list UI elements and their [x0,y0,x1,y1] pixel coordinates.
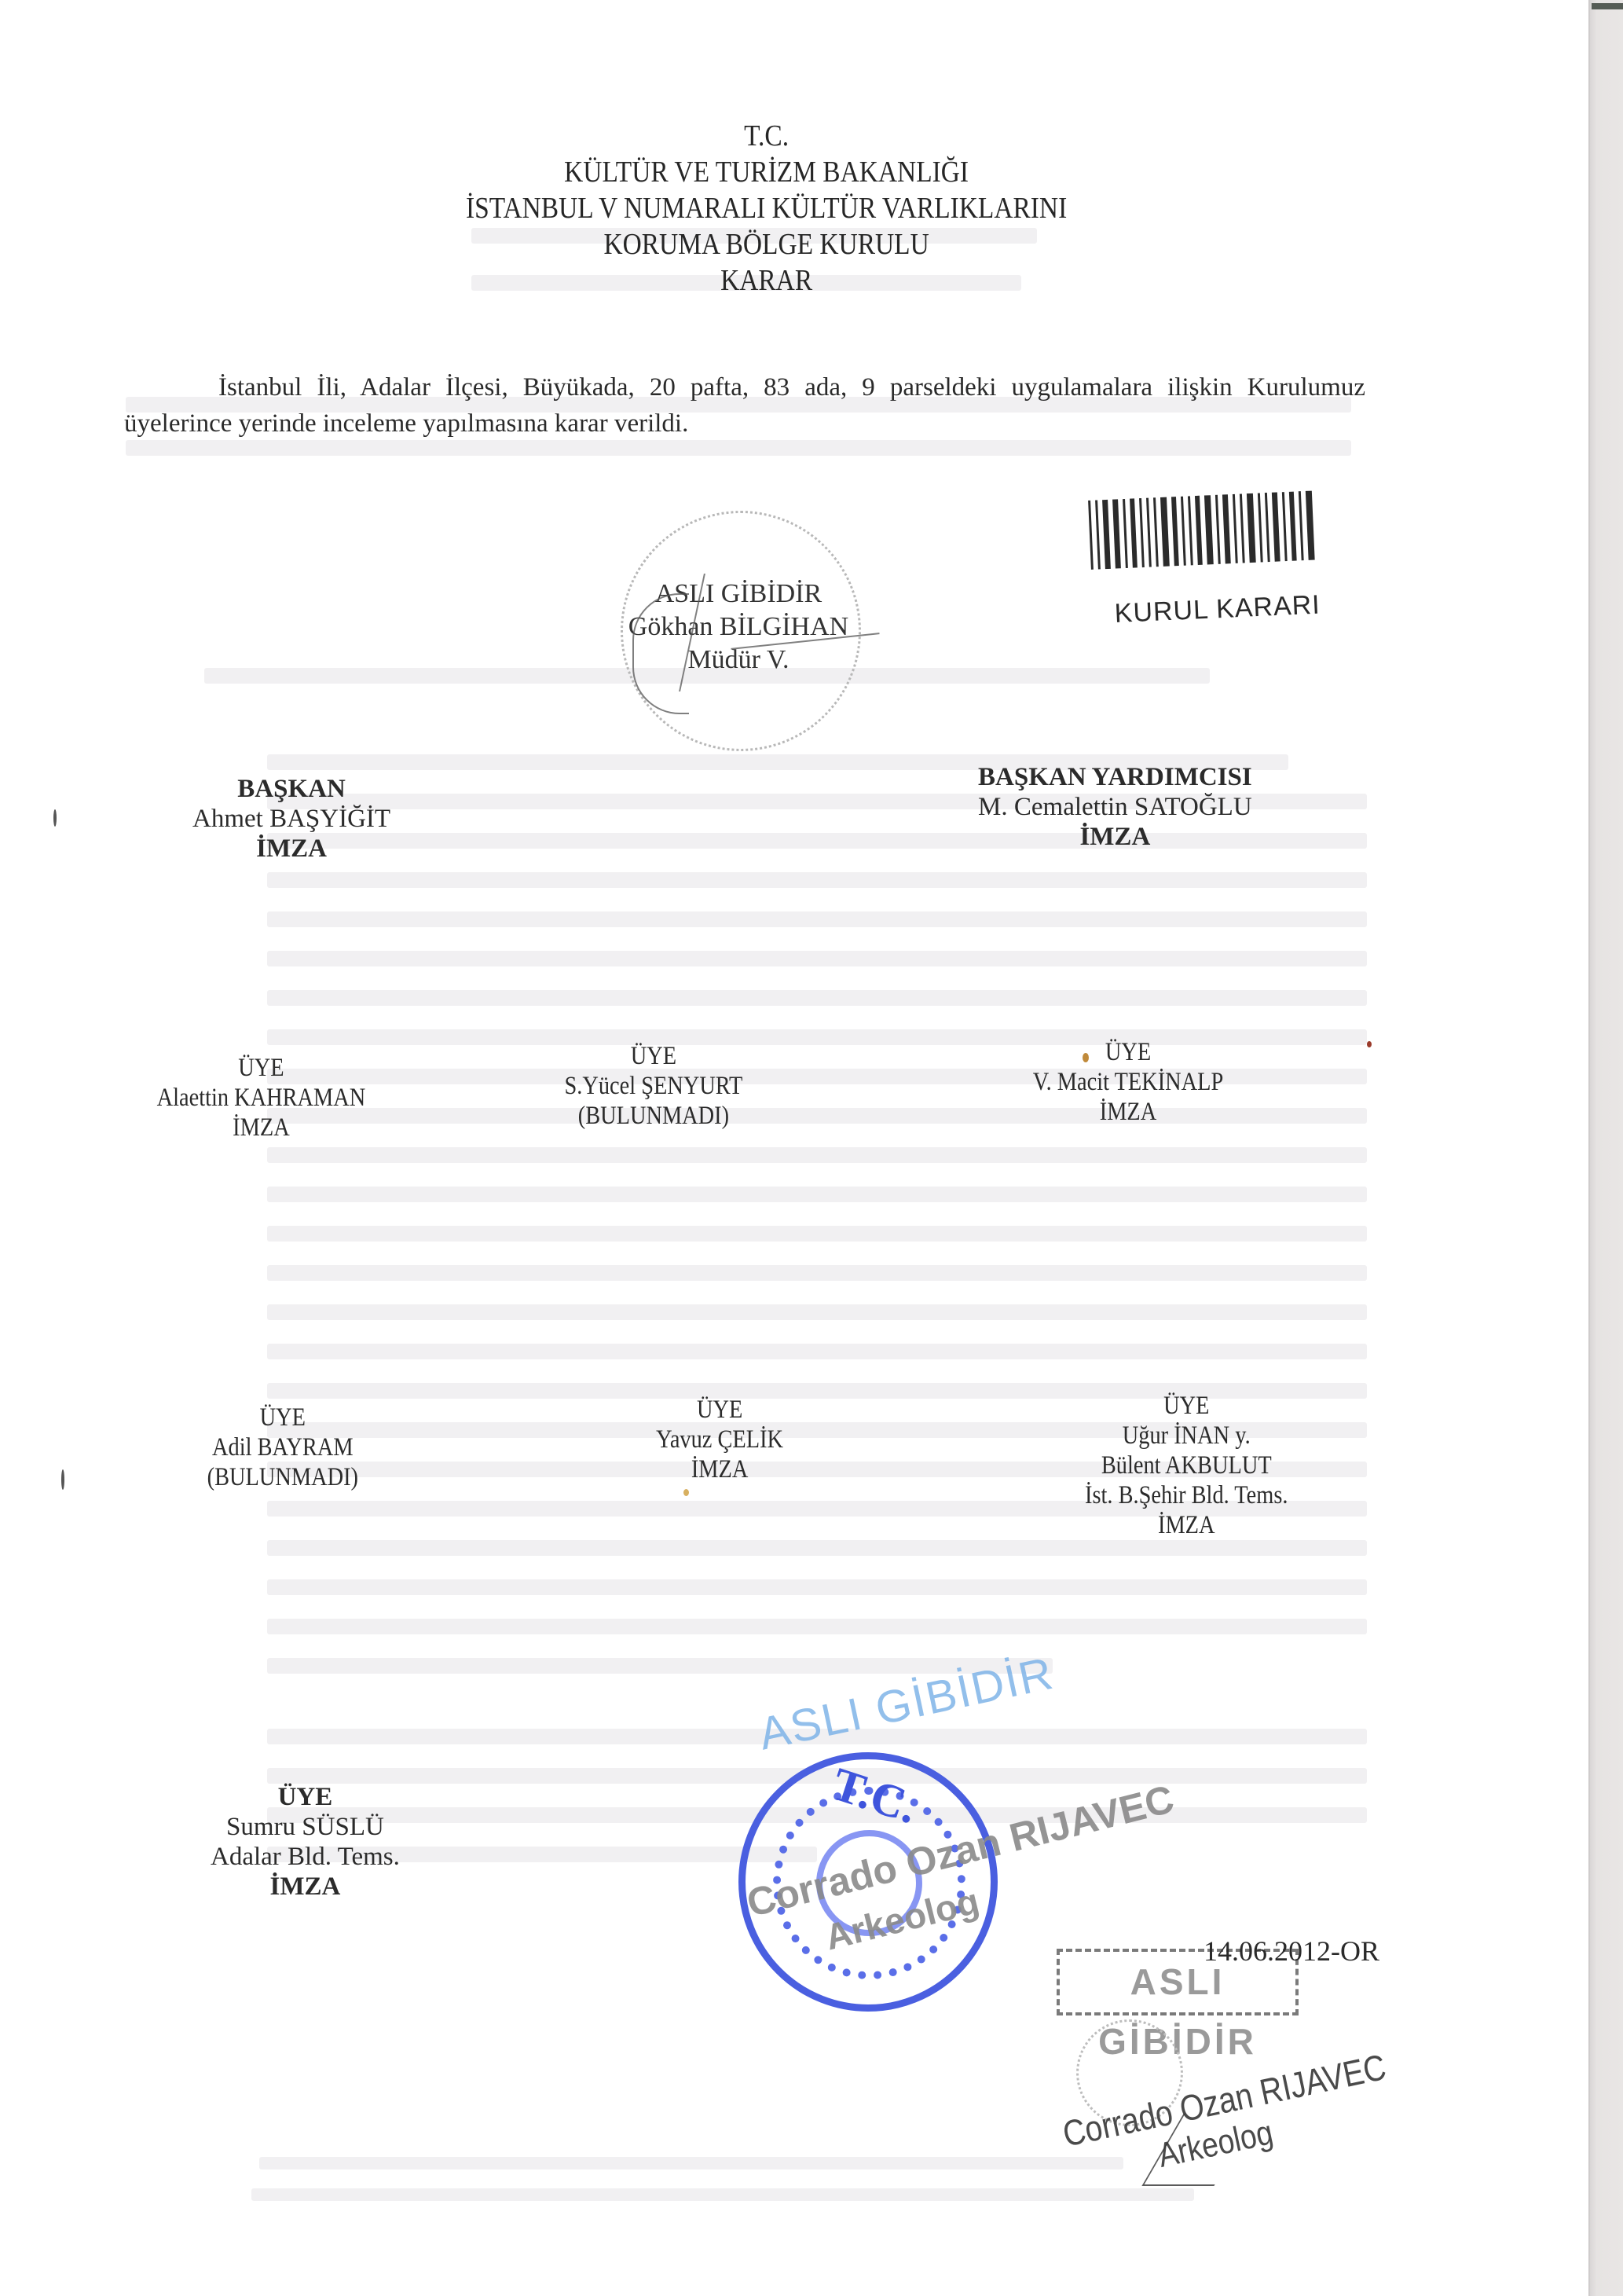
scanned-page-edge [1588,0,1623,2296]
signatory-role: BAŞKAN [192,774,390,804]
barcode-bar [1088,501,1094,570]
signatory-role: ÜYE [1085,1391,1288,1421]
signatory-status: (BULUNMADI) [564,1101,742,1131]
signatory-status: İMZA [1085,1510,1288,1540]
scan-speck [53,809,57,827]
signatory-member: ÜYE Yavuz ÇELİK İMZA [656,1395,783,1484]
barcode-bar [1139,498,1145,567]
decision-text: İstanbul İli, Adalar İlçesi, Büyükada, 2… [124,373,1365,438]
barcode-bar [1130,498,1138,567]
signatory-name: Uğur İNAN y. [1085,1421,1288,1451]
signatory-role: ÜYE [211,1782,400,1812]
signatory-role: ÜYE [656,1395,783,1425]
signatory-name: Alaettin KAHRAMAN [157,1083,366,1113]
signatory-name: S.Yücel ŞENYURT [564,1071,742,1101]
barcode-icon [1088,487,1366,570]
signatory-member: ÜYE Alaettin KAHRAMAN İMZA [157,1053,366,1142]
barcode-bar [1215,495,1221,564]
signatory-role: BAŞKAN YARDIMCISI [978,762,1252,792]
signatory-affiliation: İst. B.Şehir Bld. Tems. [1085,1480,1288,1510]
signatory-affiliation: Adalar Bld. Tems. [211,1842,400,1872]
barcode-bar [1265,493,1270,562]
decision-date-code: 14.06.2012-OR [1204,1935,1379,1968]
scan-speck [61,1469,64,1490]
signatory-role: ÜYE [1033,1037,1224,1067]
barcode-bar [1272,492,1280,561]
barcode-bar [1289,492,1297,561]
barcode-bar [1102,500,1111,569]
barcode-bar [1282,492,1288,561]
barcode-bar [1112,499,1121,568]
signatory-name: Sumru SÜSLÜ [211,1812,400,1842]
decision-paragraph: İstanbul İli, Adalar İlçesi, Büyükada, 2… [124,369,1365,442]
scan-speck [1367,1041,1372,1047]
signatory-status: İMZA [211,1872,400,1902]
signatory-member: ÜYE S.Yücel ŞENYURT (BULUNMADI) [564,1041,742,1131]
barcode-bar [1247,493,1256,563]
signatory-name: Ahmet BAŞYİĞİT [192,804,390,834]
scan-speck [683,1489,689,1496]
barcode-bar [1258,493,1263,562]
barcode-bar [1153,497,1159,567]
signatory-name: V. Macit TEKİNALP [1033,1067,1224,1097]
header-line-council-2: KORUMA BÖLGE KURULU [93,226,1441,262]
signatory-status: İMZA [978,822,1252,852]
barcode-bar [1171,497,1179,566]
barcode-bar [1146,498,1152,567]
signatory-member: ÜYE Uğur İNAN y. Bülent AKBULUT İst. B.Ş… [1085,1391,1288,1540]
barcode-bar [1195,496,1203,565]
barcode-bar [1123,499,1128,568]
barcode-bar [1306,491,1315,560]
signatory-role: ÜYE [564,1041,742,1071]
barcode-bar [1299,491,1304,560]
barcode-bar [1160,497,1170,567]
signatory-role: ÜYE [157,1053,366,1083]
signatory-role: ÜYE [207,1403,358,1432]
signatory-name: Adil BAYRAM [207,1432,358,1462]
page-edge-shadow [1592,3,1623,9]
header-line-decision: KARAR [93,262,1441,299]
header-line-ministry: KÜLTÜR VE TURİZM BAKANLIĞI [93,154,1441,190]
barcode-bar [1181,497,1186,566]
scan-speck [1083,1053,1089,1062]
signatory-vice-chair: BAŞKAN YARDIMCISI M. Cemalettin SATOĞLU … [978,762,1252,852]
document-header: T.C. KÜLTÜR VE TURİZM BAKANLIĞI İSTANBUL… [93,118,1441,299]
barcode-bar [1204,495,1214,564]
barcode-bar [1233,494,1238,563]
barcode-bar [1095,500,1101,569]
barcode-bar [1188,496,1193,565]
barcode-bar [1240,493,1245,563]
signatory-member: ÜYE Sumru SÜSLÜ Adalar Bld. Tems. İMZA [211,1782,400,1902]
signatory-status: (BULUNMADI) [207,1462,358,1492]
signatory-status: İMZA [192,834,390,864]
signatory-status: İMZA [1033,1097,1224,1127]
signatory-name-2: Bülent AKBULUT [1085,1451,1288,1480]
signatory-chair: BAŞKAN Ahmet BAŞYİĞİT İMZA [192,774,390,864]
signatory-name: Yavuz ÇELİK [656,1425,783,1454]
signatory-member: ÜYE V. Macit TEKİNALP İMZA [1033,1037,1224,1127]
signatory-name: M. Cemalettin SATOĞLU [978,792,1252,822]
signatory-member: ÜYE Adil BAYRAM (BULUNMADI) [207,1403,358,1492]
blue-certified-stamp: ASLI GİBİDİR [754,1647,1058,1761]
barcode-bar [1222,494,1231,563]
header-line-council-1: İSTANBUL V NUMARALI KÜLTÜR VARLIKLARINI [93,190,1441,226]
barcode-label: KURUL KARARI [1114,590,1321,629]
header-line-tc: T.C. [93,118,1441,154]
certified-copy-stamp: ASLI GİBİDİR Gökhan BİLGİHAN Müdür V. [589,578,888,677]
signatory-status: İMZA [157,1113,366,1142]
signatory-status: İMZA [656,1454,783,1484]
